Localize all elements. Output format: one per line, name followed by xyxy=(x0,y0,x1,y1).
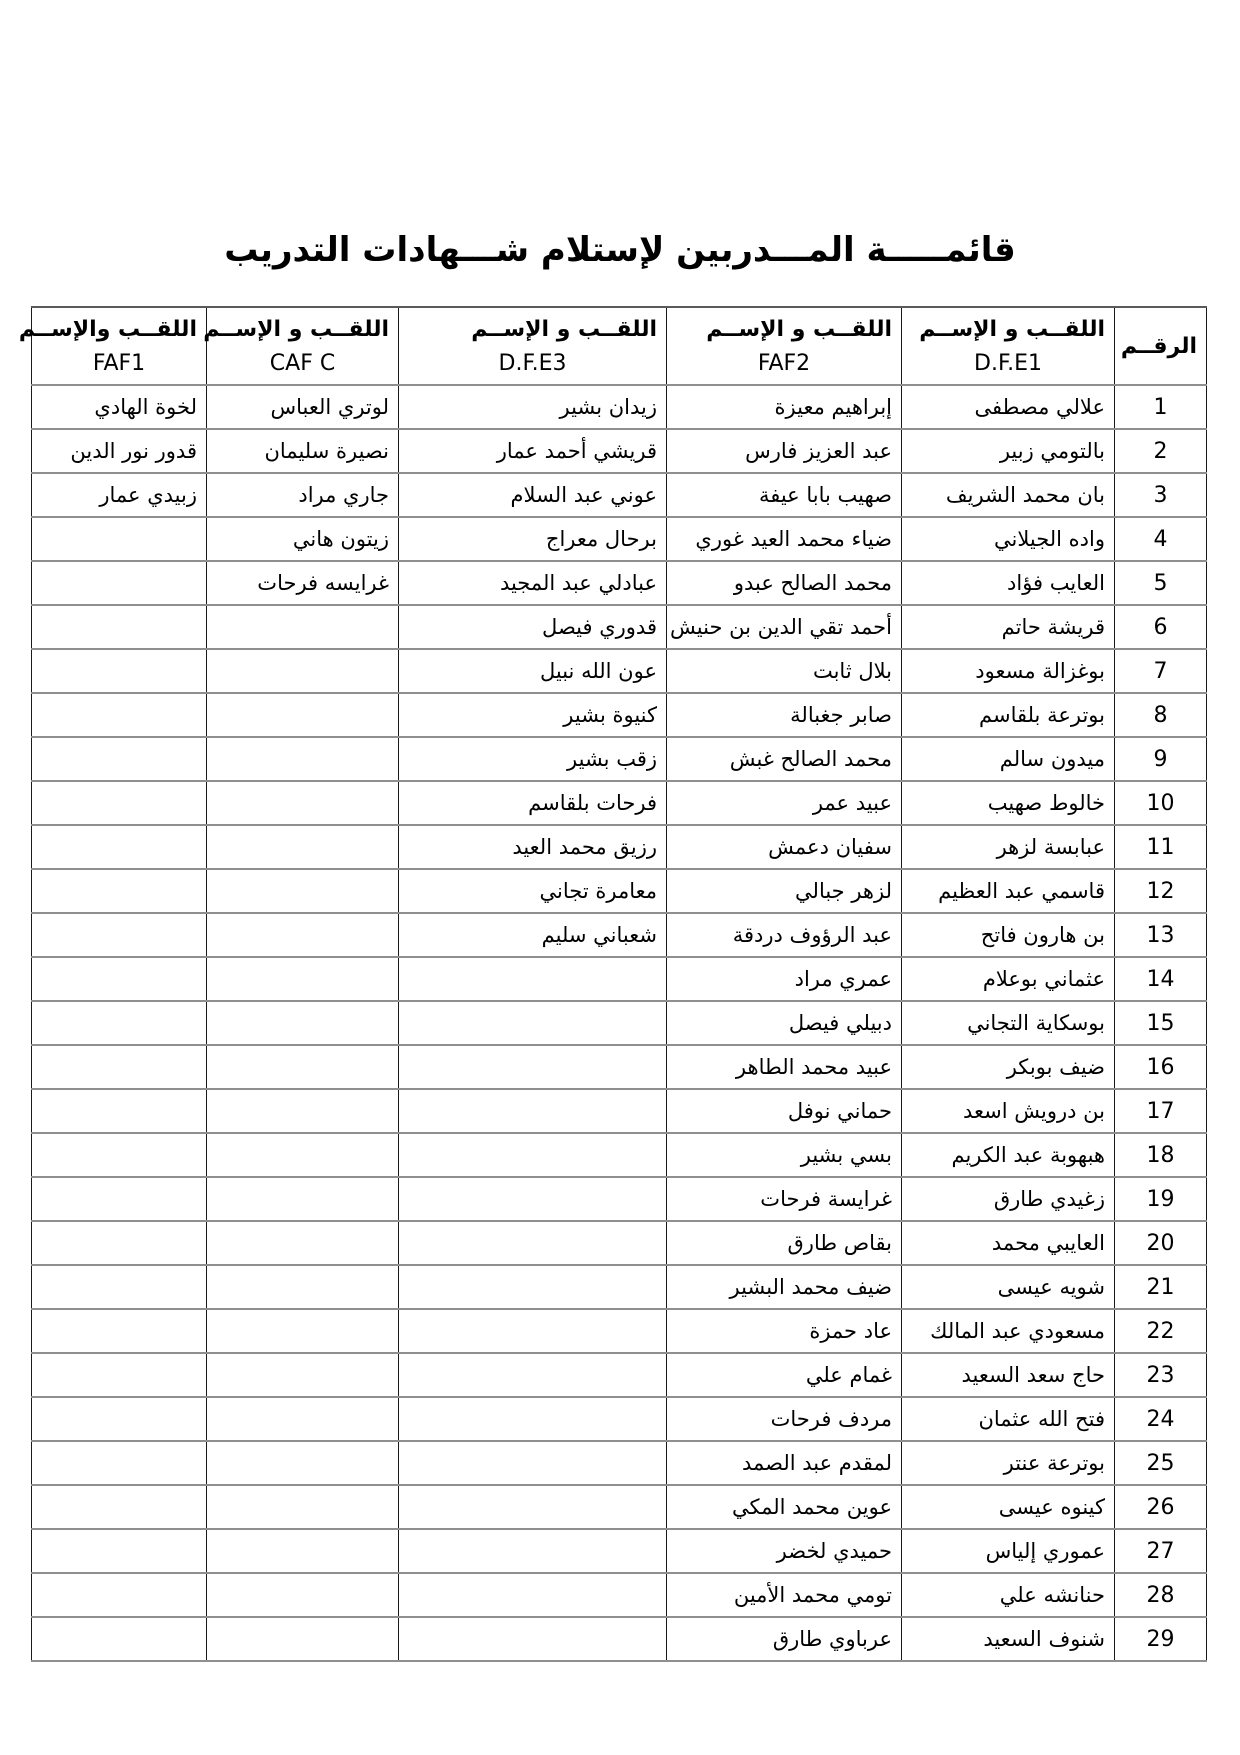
row-number-cell: 22 xyxy=(1115,1309,1207,1353)
name-cell-faf2: دبيلي فيصل xyxy=(667,1001,902,1045)
name-cell-faf2: عمري مراد xyxy=(667,957,902,1001)
name-cell-faf1 xyxy=(32,781,207,825)
row-number-cell: 21 xyxy=(1115,1265,1207,1309)
name-cell-cafc xyxy=(207,781,399,825)
name-cell-faf2: ضياء محمد العيد غوري xyxy=(667,517,902,561)
column-header-dfe1-label: اللقــب و الإســم xyxy=(911,312,1105,348)
row-number-cell: 8 xyxy=(1115,693,1207,737)
name-cell-dfe1: واده الجيلاني xyxy=(902,517,1115,561)
name-cell-faf1 xyxy=(32,605,207,649)
name-cell-faf2: عبيد عمر xyxy=(667,781,902,825)
column-header-dfe1-code: D.F.E1 xyxy=(911,348,1105,380)
name-cell-dfe3 xyxy=(399,1485,667,1529)
name-cell-cafc xyxy=(207,1221,399,1265)
table-row: 14عثماني بوعلامعمري مراد xyxy=(32,957,1207,1001)
name-cell-faf1 xyxy=(32,825,207,869)
name-cell-cafc xyxy=(207,1045,399,1089)
name-cell-dfe3: زيدان بشير xyxy=(399,385,667,429)
row-number-cell: 3 xyxy=(1115,473,1207,517)
name-cell-faf2: لمقدم عبد الصمد xyxy=(667,1441,902,1485)
name-cell-faf2: مردف فرحات xyxy=(667,1397,902,1441)
table-row: 3بان محمد الشريفصهيب بابا عيفةعوني عبد ا… xyxy=(32,473,1207,517)
column-header-cafc-label: اللقــب و الإســم xyxy=(216,312,389,348)
name-cell-dfe3: كنيوة بشير xyxy=(399,693,667,737)
name-cell-faf2: غرايسة فرحات xyxy=(667,1177,902,1221)
name-cell-faf1: زبيدي عمار xyxy=(32,473,207,517)
name-cell-dfe1: العايب فؤاد xyxy=(902,561,1115,605)
name-cell-faf2: تومي محمد الأمين xyxy=(667,1573,902,1617)
name-cell-dfe3 xyxy=(399,1221,667,1265)
name-cell-cafc xyxy=(207,1529,399,1573)
table-row: 19زغيدي طارقغرايسة فرحات xyxy=(32,1177,1207,1221)
name-cell-faf1 xyxy=(32,1617,207,1661)
name-cell-dfe1: ضيف بوبكر xyxy=(902,1045,1115,1089)
name-cell-faf1 xyxy=(32,957,207,1001)
table-row: 24فتح الله عثمانمردف فرحات xyxy=(32,1397,1207,1441)
name-cell-dfe3: زقب بشير xyxy=(399,737,667,781)
row-number-cell: 27 xyxy=(1115,1529,1207,1573)
name-cell-cafc xyxy=(207,1265,399,1309)
name-cell-dfe1: عثماني بوعلام xyxy=(902,957,1115,1001)
name-cell-dfe1: زغيدي طارق xyxy=(902,1177,1115,1221)
table-row: 15بوسكاية التجانيدبيلي فيصل xyxy=(32,1001,1207,1045)
name-cell-dfe1: عموري إلياس xyxy=(902,1529,1115,1573)
name-cell-faf2: بقاص طارق xyxy=(667,1221,902,1265)
name-cell-faf1 xyxy=(32,1265,207,1309)
name-cell-dfe3 xyxy=(399,1573,667,1617)
name-cell-dfe3: رزيق محمد العيد xyxy=(399,825,667,869)
name-cell-dfe1: شويه عيسى xyxy=(902,1265,1115,1309)
row-number-cell: 15 xyxy=(1115,1001,1207,1045)
column-header-cafc: اللقــب و الإســم CAF C xyxy=(207,307,399,385)
name-cell-faf1 xyxy=(32,1573,207,1617)
row-number-cell: 19 xyxy=(1115,1177,1207,1221)
name-cell-dfe3: قريشي أحمد عمار xyxy=(399,429,667,473)
name-cell-cafc xyxy=(207,649,399,693)
name-cell-dfe3 xyxy=(399,1441,667,1485)
name-cell-faf2: عاد حمزة xyxy=(667,1309,902,1353)
name-cell-cafc xyxy=(207,957,399,1001)
column-header-faf2-label: اللقــب و الإســم xyxy=(676,312,892,348)
name-cell-cafc: غرايسه فرحات xyxy=(207,561,399,605)
name-cell-dfe1: بن هارون فاتح xyxy=(902,913,1115,957)
name-cell-faf1 xyxy=(32,737,207,781)
name-cell-cafc xyxy=(207,693,399,737)
name-cell-cafc xyxy=(207,1485,399,1529)
name-cell-dfe1: حنانشه علي xyxy=(902,1573,1115,1617)
name-cell-faf2: حماني نوفل xyxy=(667,1089,902,1133)
table-body: 1علالي مصطفىإبراهيم معيزةزيدان بشيرلوتري… xyxy=(32,385,1207,1661)
name-cell-dfe3 xyxy=(399,1617,667,1661)
name-cell-cafc xyxy=(207,1089,399,1133)
name-cell-cafc xyxy=(207,825,399,869)
name-cell-dfe1: بوترعة عنتر xyxy=(902,1441,1115,1485)
table-row: 4واده الجيلانيضياء محمد العيد غوريبرحال … xyxy=(32,517,1207,561)
name-cell-cafc xyxy=(207,605,399,649)
name-cell-faf2: عوين محمد المكي xyxy=(667,1485,902,1529)
name-cell-cafc xyxy=(207,1397,399,1441)
name-cell-dfe1: بوسكاية التجاني xyxy=(902,1001,1115,1045)
name-cell-faf2: لزهر جبالي xyxy=(667,869,902,913)
name-cell-cafc xyxy=(207,1309,399,1353)
row-number-cell: 12 xyxy=(1115,869,1207,913)
name-cell-dfe1: العايبي محمد xyxy=(902,1221,1115,1265)
table-row: 22مسعودي عبد المالكعاد حمزة xyxy=(32,1309,1207,1353)
row-number-cell: 29 xyxy=(1115,1617,1207,1661)
table-row: 8بوترعة بلقاسمصابر جغبالةكنيوة بشير xyxy=(32,693,1207,737)
row-number-cell: 11 xyxy=(1115,825,1207,869)
name-cell-cafc xyxy=(207,913,399,957)
name-cell-dfe1: حاج سعد السعيد xyxy=(902,1353,1115,1397)
name-cell-dfe3 xyxy=(399,1265,667,1309)
name-cell-faf2: حميدي لخضر xyxy=(667,1529,902,1573)
table-row: 17بن درويش اسعدحماني نوفل xyxy=(32,1089,1207,1133)
name-cell-cafc: نصيرة سليمان xyxy=(207,429,399,473)
name-cell-faf1 xyxy=(32,1529,207,1573)
name-cell-dfe1: قاسمي عبد العظيم xyxy=(902,869,1115,913)
row-number-cell: 18 xyxy=(1115,1133,1207,1177)
name-cell-faf2: بلال ثابت xyxy=(667,649,902,693)
table-row: 5العايب فؤادمحمد الصالح عبدوعبادلي عبد ا… xyxy=(32,561,1207,605)
row-number-cell: 13 xyxy=(1115,913,1207,957)
name-cell-faf1 xyxy=(32,1221,207,1265)
name-cell-dfe1: بوترعة بلقاسم xyxy=(902,693,1115,737)
name-cell-dfe3 xyxy=(399,1309,667,1353)
name-cell-dfe1: بان محمد الشريف xyxy=(902,473,1115,517)
name-cell-faf1 xyxy=(32,1133,207,1177)
column-header-dfe3-label: اللقــب و الإســم xyxy=(408,312,657,348)
trainers-table: الرقــم اللقــب و الإســم D.F.E1 اللقــب… xyxy=(31,306,1207,1662)
row-number-cell: 28 xyxy=(1115,1573,1207,1617)
table-row: 26كينوه عيسىعوين محمد المكي xyxy=(32,1485,1207,1529)
name-cell-faf2: عبد العزيز فارس xyxy=(667,429,902,473)
page-title: قائمـــــة المـــدربين لإستلام شـــهادات… xyxy=(0,0,1240,270)
row-number-cell: 26 xyxy=(1115,1485,1207,1529)
name-cell-dfe1: بوغزالة مسعود xyxy=(902,649,1115,693)
table-row: 16ضيف بوبكرعبيد محمد الطاهر xyxy=(32,1045,1207,1089)
name-cell-faf1 xyxy=(32,1001,207,1045)
column-header-dfe3-code: D.F.E3 xyxy=(408,348,657,380)
name-cell-dfe1: هبهوبة عبد الكريم xyxy=(902,1133,1115,1177)
table-row: 18هبهوبة عبد الكريمبسي بشير xyxy=(32,1133,1207,1177)
name-cell-faf1 xyxy=(32,1045,207,1089)
table-row: 10خالوط صهيبعبيد عمرفرحات بلقاسم xyxy=(32,781,1207,825)
name-cell-faf1 xyxy=(32,561,207,605)
table-row: 29شنوف السعيدعرباوي طارق xyxy=(32,1617,1207,1661)
name-cell-dfe3: قدوري فيصل xyxy=(399,605,667,649)
row-number-cell: 6 xyxy=(1115,605,1207,649)
row-number-cell: 25 xyxy=(1115,1441,1207,1485)
name-cell-dfe1: مسعودي عبد المالك xyxy=(902,1309,1115,1353)
name-cell-faf2: أحمد تقي الدين بن حنيش xyxy=(667,605,902,649)
name-cell-faf2: إبراهيم معيزة xyxy=(667,385,902,429)
name-cell-dfe3 xyxy=(399,957,667,1001)
name-cell-cafc: لوتري العباس xyxy=(207,385,399,429)
column-header-faf2: اللقــب و الإســم FAF2 xyxy=(667,307,902,385)
name-cell-cafc xyxy=(207,1441,399,1485)
name-cell-cafc: جاري مراد xyxy=(207,473,399,517)
row-number-cell: 9 xyxy=(1115,737,1207,781)
name-cell-faf2: سفيان دعمش xyxy=(667,825,902,869)
name-cell-faf1 xyxy=(32,517,207,561)
name-cell-faf1: لخوة الهادي xyxy=(32,385,207,429)
name-cell-faf2: صابر جغبالة xyxy=(667,693,902,737)
name-cell-dfe3: عون الله نبيل xyxy=(399,649,667,693)
name-cell-faf1 xyxy=(32,1089,207,1133)
name-cell-faf1 xyxy=(32,693,207,737)
name-cell-dfe3: عبادلي عبد المجيد xyxy=(399,561,667,605)
name-cell-faf1 xyxy=(32,649,207,693)
column-header-faf1-code: FAF1 xyxy=(41,348,197,380)
name-cell-cafc xyxy=(207,1001,399,1045)
table-row: 7بوغزالة مسعودبلال ثابتعون الله نبيل xyxy=(32,649,1207,693)
name-cell-dfe1: ميدون سالم xyxy=(902,737,1115,781)
name-cell-dfe3 xyxy=(399,1177,667,1221)
name-cell-faf2: عرباوي طارق xyxy=(667,1617,902,1661)
name-cell-faf1 xyxy=(32,913,207,957)
name-cell-cafc xyxy=(207,1573,399,1617)
name-cell-dfe3: معامرة تجاني xyxy=(399,869,667,913)
table-row: 27عموري إلياسحميدي لخضر xyxy=(32,1529,1207,1573)
name-cell-dfe1: خالوط صهيب xyxy=(902,781,1115,825)
column-header-faf1-label: اللقــب والإســم xyxy=(41,312,197,348)
document-page: قائمـــــة المـــدربين لإستلام شـــهادات… xyxy=(0,0,1240,1755)
table-header: الرقــم اللقــب و الإســم D.F.E1 اللقــب… xyxy=(32,307,1207,385)
column-header-faf2-code: FAF2 xyxy=(676,348,892,380)
name-cell-cafc: زيتون هاني xyxy=(207,517,399,561)
name-cell-cafc xyxy=(207,869,399,913)
row-number-cell: 23 xyxy=(1115,1353,1207,1397)
name-cell-faf1 xyxy=(32,869,207,913)
name-cell-dfe1: علالي مصطفى xyxy=(902,385,1115,429)
column-header-cafc-code: CAF C xyxy=(216,348,389,380)
row-number-cell: 7 xyxy=(1115,649,1207,693)
name-cell-faf1 xyxy=(32,1397,207,1441)
column-header-dfe3: اللقــب و الإســم D.F.E3 xyxy=(399,307,667,385)
table-row: 6قريشة حاتمأحمد تقي الدين بن حنيشقدوري ف… xyxy=(32,605,1207,649)
row-number-cell: 2 xyxy=(1115,429,1207,473)
name-cell-dfe3 xyxy=(399,1133,667,1177)
name-cell-faf2: صهيب بابا عيفة xyxy=(667,473,902,517)
table-row: 12قاسمي عبد العظيملزهر جباليمعامرة تجاني xyxy=(32,869,1207,913)
row-number-cell: 14 xyxy=(1115,957,1207,1001)
name-cell-dfe3 xyxy=(399,1089,667,1133)
column-header-faf1: اللقــب والإســم FAF1 xyxy=(32,307,207,385)
row-number-cell: 4 xyxy=(1115,517,1207,561)
name-cell-faf2: ضيف محمد البشير xyxy=(667,1265,902,1309)
table-row: 25بوترعة عنترلمقدم عبد الصمد xyxy=(32,1441,1207,1485)
name-cell-dfe3 xyxy=(399,1397,667,1441)
name-cell-faf2: بسي بشير xyxy=(667,1133,902,1177)
name-cell-dfe1: كينوه عيسى xyxy=(902,1485,1115,1529)
column-header-number: الرقــم xyxy=(1115,307,1207,385)
row-number-cell: 1 xyxy=(1115,385,1207,429)
name-cell-dfe3: فرحات بلقاسم xyxy=(399,781,667,825)
table-row: 2بالتومي زبيرعبد العزيز فارسقريشي أحمد ع… xyxy=(32,429,1207,473)
name-cell-dfe3 xyxy=(399,1353,667,1397)
name-cell-faf1 xyxy=(32,1177,207,1221)
name-cell-faf1 xyxy=(32,1485,207,1529)
name-cell-dfe1: فتح الله عثمان xyxy=(902,1397,1115,1441)
name-cell-faf1 xyxy=(32,1441,207,1485)
name-cell-dfe3 xyxy=(399,1529,667,1573)
header-row: الرقــم اللقــب و الإســم D.F.E1 اللقــب… xyxy=(32,307,1207,385)
name-cell-dfe3: شعباني سليم xyxy=(399,913,667,957)
name-cell-dfe1: عبابسة لزهر xyxy=(902,825,1115,869)
name-cell-cafc xyxy=(207,1353,399,1397)
table-row: 11عبابسة لزهرسفيان دعمشرزيق محمد العيد xyxy=(32,825,1207,869)
table-row: 23حاج سعد السعيدغمام علي xyxy=(32,1353,1207,1397)
table-row: 1علالي مصطفىإبراهيم معيزةزيدان بشيرلوتري… xyxy=(32,385,1207,429)
name-cell-faf1: قدور نور الدين xyxy=(32,429,207,473)
name-cell-dfe3: برحال معراج xyxy=(399,517,667,561)
name-cell-dfe3: عوني عبد السلام xyxy=(399,473,667,517)
column-header-dfe1: اللقــب و الإســم D.F.E1 xyxy=(902,307,1115,385)
name-cell-faf1 xyxy=(32,1309,207,1353)
name-cell-faf1 xyxy=(32,1353,207,1397)
row-number-cell: 24 xyxy=(1115,1397,1207,1441)
table-row: 28حنانشه عليتومي محمد الأمين xyxy=(32,1573,1207,1617)
table-row: 20العايبي محمدبقاص طارق xyxy=(32,1221,1207,1265)
name-cell-faf2: عبد الرؤوف دردقة xyxy=(667,913,902,957)
name-cell-cafc xyxy=(207,737,399,781)
name-cell-faf2: محمد الصالح غبش xyxy=(667,737,902,781)
name-cell-dfe1: بن درويش اسعد xyxy=(902,1089,1115,1133)
name-cell-dfe1: قريشة حاتم xyxy=(902,605,1115,649)
name-cell-faf2: عبيد محمد الطاهر xyxy=(667,1045,902,1089)
row-number-cell: 10 xyxy=(1115,781,1207,825)
name-cell-cafc xyxy=(207,1133,399,1177)
name-cell-dfe1: بالتومي زبير xyxy=(902,429,1115,473)
name-cell-cafc xyxy=(207,1617,399,1661)
table-row: 21شويه عيسىضيف محمد البشير xyxy=(32,1265,1207,1309)
table-row: 13بن هارون فاتحعبد الرؤوف دردقةشعباني سل… xyxy=(32,913,1207,957)
name-cell-dfe3 xyxy=(399,1001,667,1045)
row-number-cell: 16 xyxy=(1115,1045,1207,1089)
table-row: 9ميدون سالممحمد الصالح غبشزقب بشير xyxy=(32,737,1207,781)
row-number-cell: 5 xyxy=(1115,561,1207,605)
name-cell-dfe1: شنوف السعيد xyxy=(902,1617,1115,1661)
name-cell-dfe3 xyxy=(399,1045,667,1089)
name-cell-faf2: غمام علي xyxy=(667,1353,902,1397)
name-cell-cafc xyxy=(207,1177,399,1221)
name-cell-faf2: محمد الصالح عبدو xyxy=(667,561,902,605)
row-number-cell: 17 xyxy=(1115,1089,1207,1133)
row-number-cell: 20 xyxy=(1115,1221,1207,1265)
